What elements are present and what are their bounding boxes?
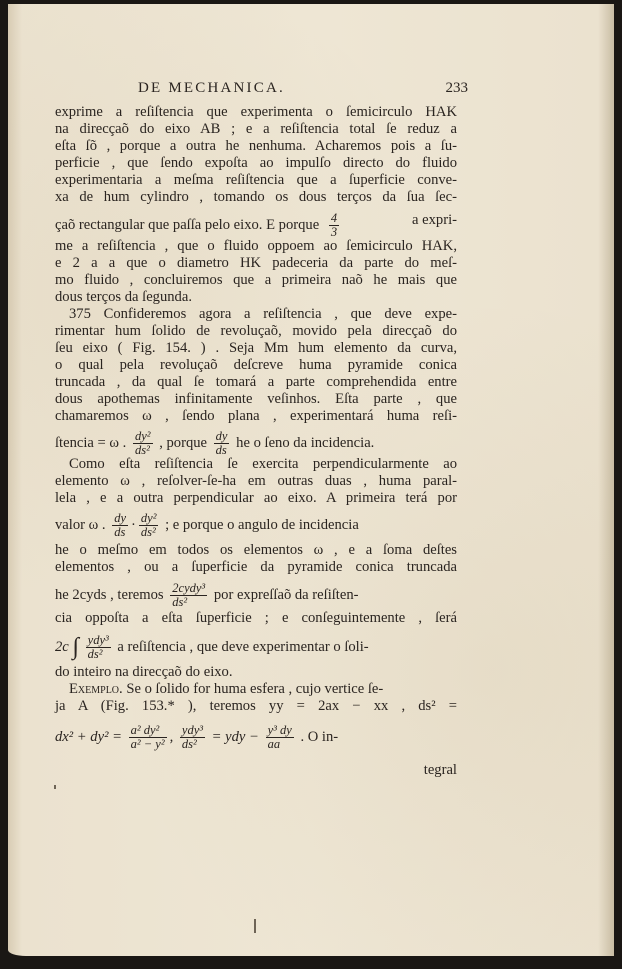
paper-mark [54,785,56,789]
text-line: cia oppoſta a eſta ſuperficie ; e conſeg… [55,610,457,627]
fraction-dy-ds: dy ds [214,430,230,457]
fraction-numerator: dy² [133,430,153,444]
text-line: he o meſmo em todos os elementos ω , e a… [55,542,457,559]
text-line: xa de hum cylindro , tomando os dous ter… [55,189,457,206]
text-line: ja A (Fig. 153.* ), teremos yy = 2ax − x… [55,698,457,715]
text-line: dous terços da ſegunda. [55,289,457,306]
fraction-denominator: a² − y² [129,738,167,751]
text-segment: he o ſeno da incidencia. [236,435,374,451]
text-line-with-fraction: çaõ rectangular que paſſa pelo eixo. E p… [55,212,457,239]
text-line: Como eſta reſiſtencia ſe exercita perpen… [55,456,457,473]
text-segment: por expreſſaõ da reſiſten- [214,587,359,603]
fraction-denominator: ds² [170,596,207,609]
fraction-denominator: ds [112,526,128,539]
text-line: do inteiro na direcçaõ do eixo. [55,664,457,681]
fraction-denominator: aa [266,738,294,751]
equation-segment: dx² + dy² = [55,729,122,745]
equation-segment: = ydy − [212,729,259,745]
fraction-numerator: 2cydy³ [170,582,207,596]
text-segment: a expri- [412,212,457,229]
text-line: lela , e a outra perpendicular ao eixo. … [55,490,457,507]
paper-mark [254,919,256,933]
fraction-numerator: y³ dy [266,724,294,738]
text-line: chamaremos ω , ſendo plana , experimenta… [55,408,457,425]
fraction-numerator: ydy³ [180,724,205,738]
comma: , [170,729,174,745]
text-segment: valor ω . [55,517,106,533]
running-head: DE MECHANICA. 233 [138,80,468,97]
fraction-numerator: dy [112,512,128,526]
text-segment: 2c [55,639,69,655]
text-segment: he 2cyds , teremos [55,587,164,603]
running-head-title: DE MECHANICA. [138,80,285,96]
text-segment: Se o ſolido for huma esfera , cujo verti… [126,681,383,697]
fraction-numerator: dy [214,430,230,444]
fraction-dy2-ds2: dy² ds² [133,430,153,457]
text-line: na direcçaõ do eixo AB ; e a reſiſtencia… [55,121,457,138]
text-line: me a reſiſtencia , que o fluido oppoem a… [55,238,457,255]
text-line: eſta ſõ , porque a outra he nenhuma. Ach… [55,138,457,155]
fraction-ydy3-ds2: ydy³ ds² [180,724,205,751]
text-segment: çaõ rectangular que paſſa pelo eixo. E p… [55,217,319,233]
integral-sign: ∫ [72,634,79,660]
fraction-denominator: ds² [86,648,111,661]
text-segment: ; e porque o angulo de incidencia [165,517,359,533]
text-segment: , porque [159,435,207,451]
text-line: perficie , que ſendo expoſta ao impulſo … [55,155,457,172]
fraction-numerator: 4 [329,212,339,226]
text-line: ſeu eixo ( Fig. 154. ) . Seja Mm hum ele… [55,340,457,357]
text-line: o qual pela revoluçaõ deſcreve huma pyra… [55,357,457,374]
fraction-a2dy2-a2-y2: a² dy² a² − y² [129,724,167,751]
page-number: 233 [446,80,469,97]
fraction-numerator: ydy³ [86,634,111,648]
fraction-2cydy3-ds2: 2cydy³ ds² [170,582,207,609]
text-line-with-fraction: he 2cyds , teremos 2cydy³ ds² por expreſ… [55,582,457,609]
text-line: mo fluido , concluiremos que a primeira … [55,272,457,289]
fraction-numerator: a² dy² [129,724,167,738]
fraction-four-thirds: 4 3 [329,212,339,239]
fraction-ydy3-ds2: ydy³ ds² [86,634,111,661]
text-line-with-integral: 2c ∫ ydy³ ds² a reſiſtencia , que deve e… [55,634,457,661]
text-line: exprime a reſiſtencia que experimenta o … [55,104,457,121]
text-line: dous apothemas infinitamente veſinhos. E… [55,391,457,408]
fraction-dy-ds: dy ds [112,512,128,539]
example-label: Exemplo. [69,681,123,697]
text-line-example: Exemplo. Se o ſolido for huma esfera , c… [55,681,457,698]
text-line: e 2 a a que o diametro HK padeceria da p… [55,255,457,272]
text-segment: . O in- [300,729,338,745]
equation-line: dx² + dy² = a² dy² a² − y² , ydy³ ds² = … [55,724,457,751]
catchword: tegral [55,762,457,779]
text-segment: ſtencia = ω . [55,435,126,451]
text-line-with-fraction: ſtencia = ω . dy² ds² , porque dy ds he … [55,430,457,457]
text-line: rimentar hum ſolido de revoluçaõ, movido… [55,323,457,340]
fraction-dy2-ds2: dy² ds² [139,512,159,539]
text-line-with-fraction: valor ω . dy ds · dy² ds² ; e porque o a… [55,512,457,539]
fraction-denominator: ds² [139,526,159,539]
text-line: elementos , ou a ſuperficie da pyramide … [55,559,457,576]
fraction-denominator: ds² [180,738,205,751]
text-segment: a reſiſtencia , que deve experimentar o … [117,639,368,655]
fraction-y3dy-aa: y³ dy aa [266,724,294,751]
text-line: experimentaria a meſma reſiſtencia que a… [55,172,457,189]
text-line: truncada , da qual ſe tomará a parte com… [55,374,457,391]
fraction-numerator: dy² [139,512,159,526]
text-line: 375 Confideremos agora a reſiſtencia , q… [55,306,457,323]
text-line: elemento ω , reſolver-ſe-ha em outras du… [55,473,457,490]
